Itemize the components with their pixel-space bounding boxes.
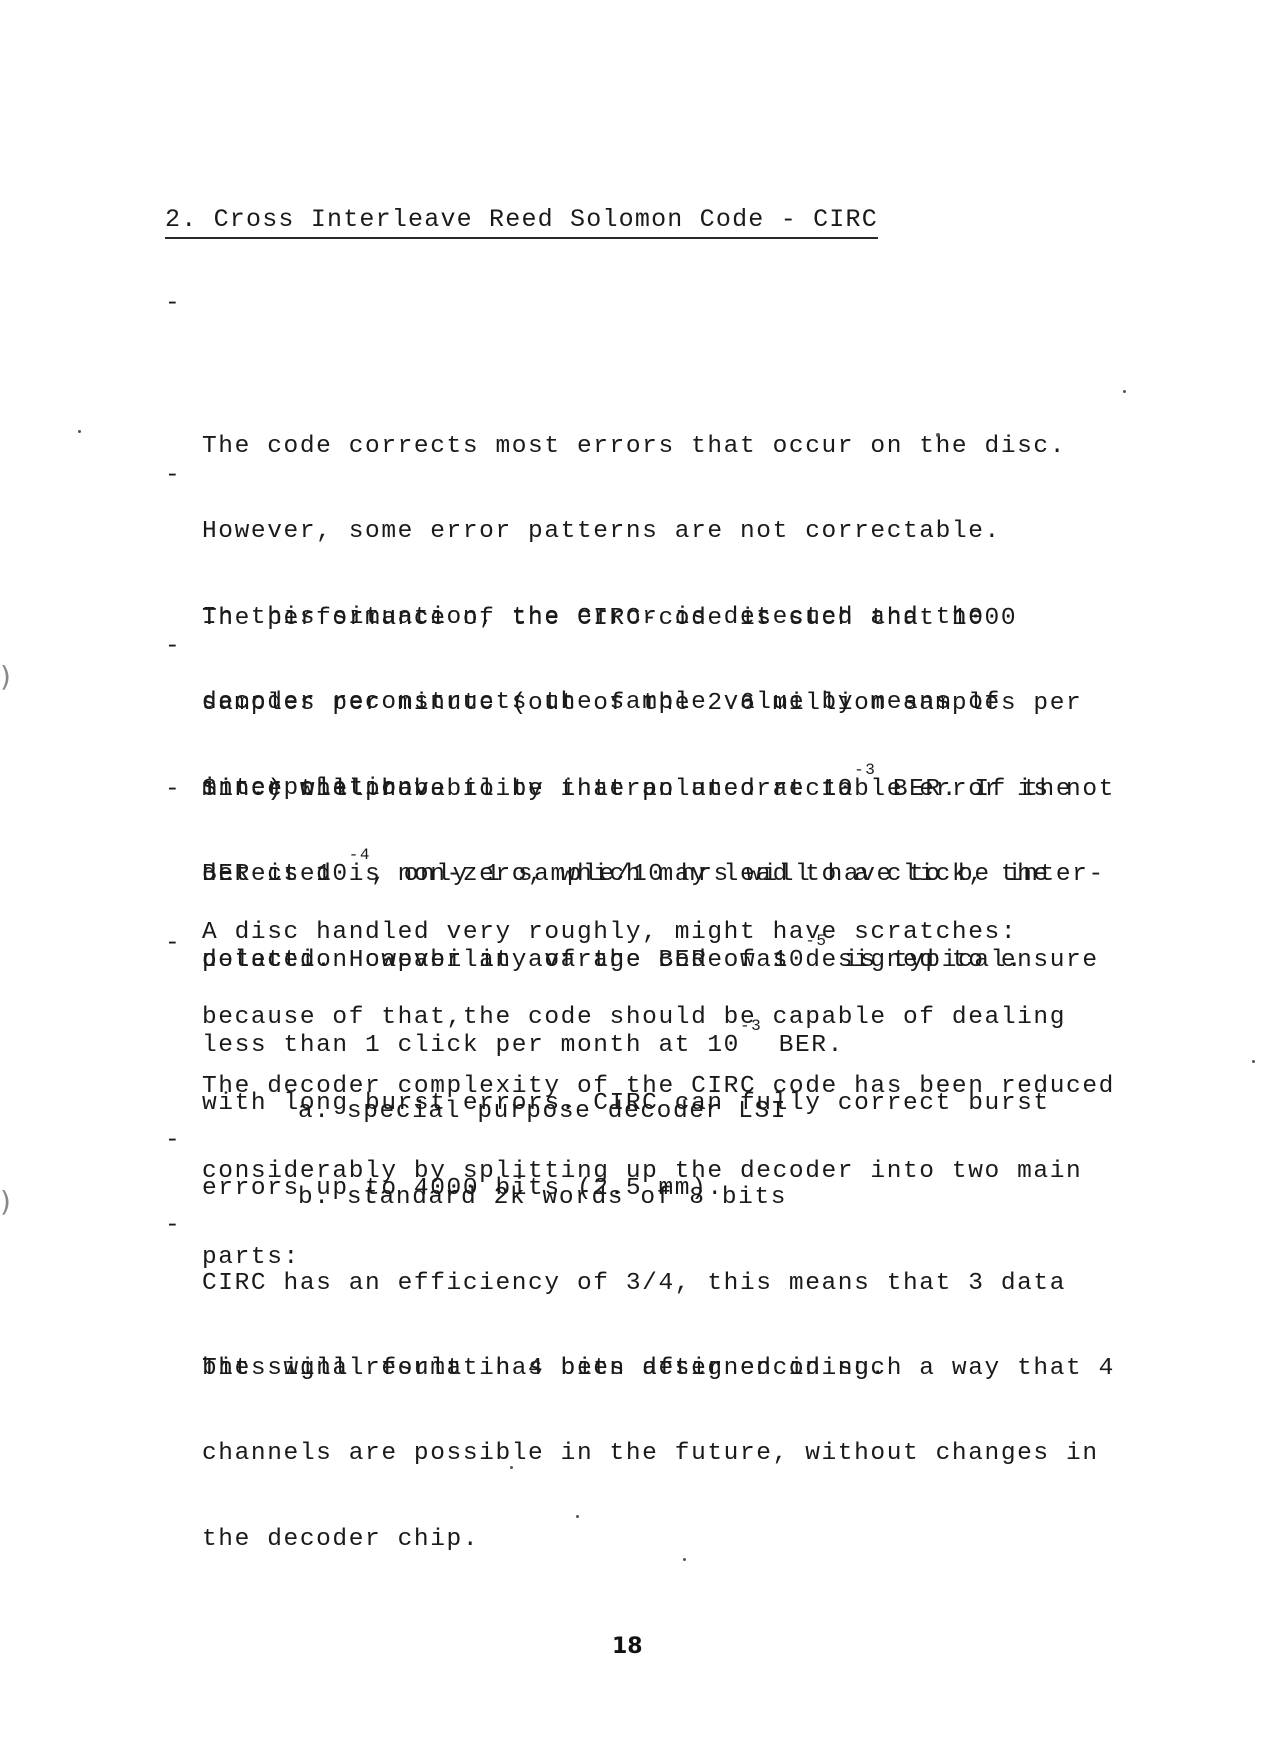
bullet-dash: - — [165, 776, 181, 805]
text-line: The performance of the CIRC-code is such… — [202, 605, 1105, 634]
text-line: the decoder chip. — [202, 1526, 1115, 1555]
scan-speck — [683, 1558, 686, 1561]
bullet-dash: - — [165, 1212, 181, 1241]
bullet-dash: - — [165, 930, 181, 959]
scanned-page: 2. Cross Interleave Reed Solomon Code - … — [0, 0, 1280, 1762]
list-item: a. special purpose decoder LSI — [298, 1098, 787, 1127]
bullet-signal-format: - The signal format has been designed in… — [165, 1212, 1078, 1668]
scan-speck — [576, 1515, 579, 1518]
text-line: channels are possible in the future, wit… — [202, 1440, 1115, 1469]
bullet-dash: - — [165, 462, 181, 491]
bullet-dash: - — [165, 1127, 181, 1156]
section-heading: 2. Cross Interleave Reed Solomon Code - … — [165, 205, 878, 239]
bullet-dash: - — [165, 290, 181, 319]
scan-speck — [1123, 390, 1126, 393]
scan-edge-mark: ) — [0, 1185, 11, 1218]
scan-speck — [1252, 1060, 1255, 1063]
text-line: The signal format has been designed in s… — [202, 1355, 1115, 1384]
scan-speck — [78, 430, 81, 433]
scan-speck — [510, 1466, 513, 1469]
bullet-text: The signal format has been designed in s… — [202, 1298, 1115, 1612]
bullet-dash: - — [165, 633, 181, 662]
scan-speck — [936, 433, 940, 437]
scan-edge-mark: ) — [0, 660, 11, 693]
page-number: 18 — [612, 1634, 643, 1659]
